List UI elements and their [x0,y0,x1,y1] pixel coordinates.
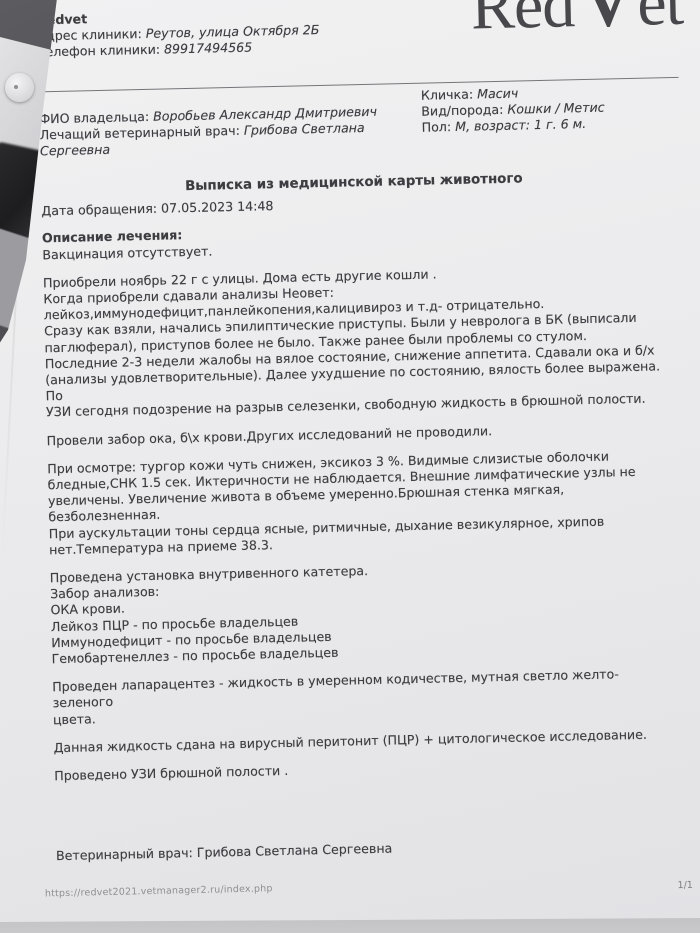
report-line: Данная жидкость сдана на вирусный перито… [53,726,679,756]
paragraph: При осмотре: тургор кожи чуть снижен, эк… [47,447,675,558]
owner-label: ФИО владельца: [39,109,149,126]
paragraph: Проведена установка внутривенного катете… [50,556,678,667]
animal-sex-line: Пол: М, возраст: 1 г. 6 м. [421,116,605,136]
clinic-address-label: Адрес клиники: [37,26,142,43]
report-line: Проведено УЗИ брюшной полости . [54,754,680,784]
owner-info: ФИО владельца: Воробьев Александр Дмитри… [39,88,410,160]
report-line: Провели забор ока, б\х крови.Других иссл… [46,419,672,449]
animal-sex-value: М, возраст: 1 г. 6 м. [455,116,586,134]
vet-value-1: Грибова Светлана [244,120,365,138]
signature-label: Ветеринарный врач: [56,845,193,863]
page-number: 1/1 [677,878,693,895]
logo-text-red: Red [471,0,575,16]
signature-name: Грибова Светлана Сергеевна [197,841,393,860]
visit-date-label: Дата обращения: [41,201,157,219]
clinic-address-value: Реутов, улица Октября 2Б [146,22,320,41]
paragraph: Проведено УЗИ брюшной полости . [54,754,680,784]
animal-name-label: Кличка: [421,86,474,102]
visit-date-value: 07.05.2023 14:48 [161,198,274,216]
redvet-logo: RedVet v [470,0,684,73]
document-content: Redvet Адрес клиники: Реутов, улица Октя… [0,0,700,933]
animal-sex-label: Пол: [421,119,451,135]
paper-sheet: Redvet Адрес клиники: Реутов, улица Октя… [0,0,700,933]
animal-species-value: Кошки / Метис [507,100,605,117]
paragraph: Приобрели ноябрь 22 г с улицы. Дома есть… [43,261,672,421]
clinic-phone-value: 89917494565 [164,40,252,57]
patient-info: ФИО владельца: Воробьев Александр Дмитри… [39,82,666,162]
animal-info: Кличка: Масич Вид/порода: Кошки / Метис … [421,83,605,136]
clinic-phone-label: Телефон клиники: [38,42,161,60]
footer-url: https://redvet2021.vetmanager2.ru/index.… [45,881,273,902]
paragraph: Провели забор ока, б\х крови.Других иссл… [46,419,672,449]
animal-species-label: Вид/порода: [421,102,503,119]
paragraph: Проведен лапарацентез - жидкость в умере… [52,665,679,728]
logo-text-et: et [637,0,683,12]
animal-name-value: Масич [477,85,518,101]
round-sticker [5,73,34,102]
signature-line: Ветеринарный врач: Грибова Светлана Серг… [56,834,682,864]
paragraph: Данная жидкость сдана на вирусный перито… [53,726,679,756]
